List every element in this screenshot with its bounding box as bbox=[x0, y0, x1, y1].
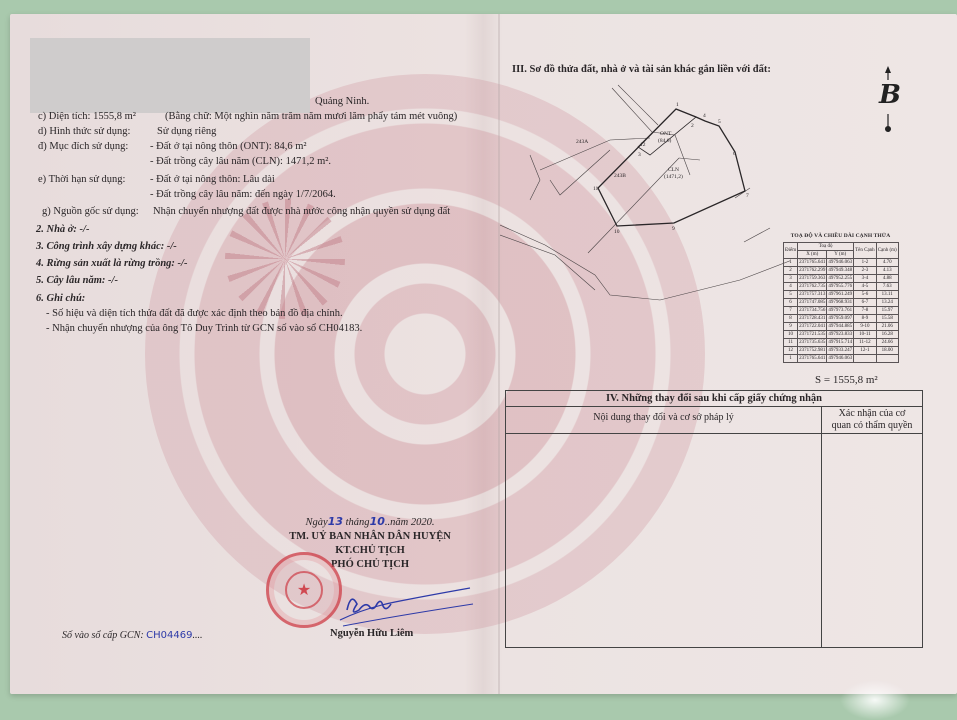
coord-cell-y: 497961.249 bbox=[827, 291, 854, 299]
svg-text:7: 7 bbox=[746, 193, 749, 199]
coord-cell-point: 2 bbox=[784, 267, 798, 275]
svg-text:(84,6): (84,6) bbox=[658, 137, 671, 144]
edge-cell-length: 4.13 bbox=[876, 267, 898, 275]
coord-cell-point: 10 bbox=[784, 331, 798, 339]
edge-cell-length: 16.28 bbox=[876, 331, 898, 339]
field-value: Nhận chuyển nhượng đất được nhà nước côn… bbox=[153, 204, 450, 219]
svg-text:3: 3 bbox=[638, 152, 641, 158]
svg-text:CLN: CLN bbox=[668, 167, 679, 173]
coord-cell-y: 497933.247 bbox=[827, 347, 854, 355]
coord-row: 112371735.635497915.71411-1224.66 bbox=[784, 339, 899, 347]
edge-cell-length: 13.24 bbox=[876, 299, 898, 307]
star-emblem-icon: ★ bbox=[285, 571, 323, 609]
edge-cell-name: 6-7 bbox=[854, 299, 877, 307]
coord-cell-point: 3 bbox=[784, 275, 798, 283]
edge-cell-length: 15.58 bbox=[876, 315, 898, 323]
section4-col-content: Nội dung thay đổi và cơ sở pháp lý bbox=[506, 407, 822, 433]
coord-cell-y: 497946.063 bbox=[827, 259, 854, 267]
field-label: g) Nguồn gốc sử dụng: bbox=[42, 204, 139, 219]
coord-cell-y: 497923.833 bbox=[827, 331, 854, 339]
field-purpose: đ) Mục đích sử dụng: - Đất ở tại nông th… bbox=[20, 139, 490, 154]
col2-line2: quan có thẩm quyền bbox=[822, 420, 922, 432]
coord-header-x: X (m) bbox=[798, 251, 827, 259]
coord-cell-point: 5 bbox=[784, 291, 798, 299]
field-value: (Bằng chữ: Một nghìn năm trăm năm mươi l… bbox=[165, 109, 457, 124]
gcn-entry: Số vào sổ cấp GCN: CH04469.... bbox=[62, 630, 203, 641]
coord-cell-point: 8 bbox=[784, 315, 798, 323]
svg-text:ONT: ONT bbox=[660, 131, 672, 137]
coord-row: 62371747.085497968.9316-713.24 bbox=[784, 299, 899, 307]
col2-line1: Xác nhận của cơ bbox=[822, 408, 922, 420]
edge-cell-name: 9-10 bbox=[854, 323, 877, 331]
note-item: - Nhận chuyển nhượng của ông Tô Duy Trìn… bbox=[20, 321, 490, 336]
coord-row: 72371734.756497973.7617-815.97 bbox=[784, 307, 899, 315]
field-origin: g) Nguồn gốc sử dụng: Nhận chuyển nhượng… bbox=[20, 204, 490, 219]
field-label: c) Diện tích: 1555,8 m² bbox=[38, 109, 136, 124]
section4-body bbox=[506, 434, 922, 647]
coord-cell-x: 2371735.635 bbox=[798, 339, 827, 347]
coord-cell-x: 2371721.535 bbox=[798, 331, 827, 339]
edge-cell-name bbox=[854, 355, 877, 363]
coord-row: 52371757.313497961.2495-613.11 bbox=[784, 291, 899, 299]
edge-cell-length: 13.11 bbox=[876, 291, 898, 299]
coord-header-point: Điểm bbox=[784, 243, 798, 259]
edge-cell-length: 4.70 bbox=[876, 259, 898, 267]
coord-cell-x: 2371765.641 bbox=[798, 355, 827, 363]
edge-cell-length: 4.88 bbox=[876, 275, 898, 283]
coord-row: 22371762.299497949.3482-34.13 bbox=[784, 267, 899, 275]
field-area: c) Diện tích: 1555,8 m² (Bằng chữ: Một n… bbox=[20, 109, 490, 124]
issue-year: năm 2020. bbox=[390, 517, 434, 528]
field-value: - Đất ở tại nông thôn: Lâu dài bbox=[150, 172, 275, 187]
coord-cell-x: 2371757.313 bbox=[798, 291, 827, 299]
coord-row: 122371752.981497933.24712-118.00 bbox=[784, 347, 899, 355]
issue-day: 13 bbox=[328, 515, 343, 528]
section-house: 2. Nhà ở: -/- bbox=[20, 222, 490, 237]
coord-cell-y: 497955.776 bbox=[827, 283, 854, 291]
section-forest: 4. Rừng sản xuất là rừng trồng: -/- bbox=[20, 256, 490, 271]
coord-header-length: Cạnh (m) bbox=[876, 243, 898, 259]
parcel-plot-diagram: 243A 243B ONT (84,6) CLN (1471,2) 124 56… bbox=[500, 80, 790, 305]
field-usage-form: d) Hình thức sử dụng: Sử dụng riêng bbox=[20, 124, 490, 139]
coord-table-body: 12371765.641497946.0631-24.7022371762.29… bbox=[784, 259, 899, 363]
coord-cell-point: 11 bbox=[784, 339, 798, 347]
section-perennial: 5. Cây lâu năm: -/- bbox=[20, 273, 490, 288]
edge-cell-length: 18.00 bbox=[876, 347, 898, 355]
coord-cell-point: 1 bbox=[784, 259, 798, 267]
section4-changes-table: IV. Những thay đổi sau khi cấp giấy chứn… bbox=[505, 390, 923, 648]
coord-cell-y: 497973.761 bbox=[827, 307, 854, 315]
field-term: e) Thời hạn sử dụng: - Đất ở tại nông th… bbox=[20, 172, 490, 187]
svg-text:1: 1 bbox=[676, 102, 679, 108]
field-value: - Đất trồng cây lâu năm: đến ngày 1/7/20… bbox=[150, 187, 336, 202]
edge-cell-name: 3-4 bbox=[854, 275, 877, 283]
edge-cell-name: 5-6 bbox=[854, 291, 877, 299]
coord-cell-y: 497944.885 bbox=[827, 323, 854, 331]
coord-cell-point: 7 bbox=[784, 307, 798, 315]
coord-cell-x: 2371752.981 bbox=[798, 347, 827, 355]
svg-text:5: 5 bbox=[718, 119, 721, 125]
svg-text:4: 4 bbox=[703, 113, 706, 119]
signature-scribble bbox=[335, 580, 475, 630]
field-value: Sử dụng riêng bbox=[157, 124, 216, 139]
section4-col-confirmation: Xác nhận của cơ quan có thẩm quyền bbox=[822, 407, 922, 433]
coord-row: 42371762.735497955.7764-57.63 bbox=[784, 283, 899, 291]
field-purpose-cont: - Đất trồng cây lâu năm (CLN): 1471,2 m²… bbox=[20, 154, 490, 169]
coord-row: 102371721.535497923.83310-1116.28 bbox=[784, 331, 899, 339]
edge-cell-name: 1-2 bbox=[854, 259, 877, 267]
north-arrow-icon: B bbox=[873, 66, 903, 136]
coord-table-title: TOẠ ĐỘ VÀ CHIỀU DÀI CẠNH THỬA bbox=[783, 233, 898, 239]
section4-title: IV. Những thay đổi sau khi cấp giấy chứn… bbox=[506, 391, 922, 407]
edge-cell-name: 7-8 bbox=[854, 307, 877, 315]
gcn-number: CH04469 bbox=[146, 630, 192, 641]
coord-cell-x: 2371734.756 bbox=[798, 307, 827, 315]
coord-cell-x: 2371722.041 bbox=[798, 323, 827, 331]
gcn-label: Số vào sổ cấp GCN: bbox=[62, 630, 144, 641]
coord-cell-point: 9 bbox=[784, 323, 798, 331]
province-line: Quảng Ninh. bbox=[20, 94, 490, 109]
coordinate-table: TOẠ ĐỘ VÀ CHIỀU DÀI CẠNH THỬA Điểm Toạ đ… bbox=[783, 233, 898, 363]
edge-cell-length bbox=[876, 355, 898, 363]
coord-cell-x: 2371747.085 bbox=[798, 299, 827, 307]
coord-row: 12371765.641497946.0631-24.70 bbox=[784, 259, 899, 267]
land-details: Quảng Ninh. c) Diện tích: 1555,8 m² (Bằn… bbox=[20, 94, 490, 336]
official-seal: ★ bbox=[266, 552, 342, 628]
field-value: - Đất trồng cây lâu năm (CLN): 1471,2 m²… bbox=[150, 154, 331, 169]
month-prefix: tháng bbox=[346, 517, 370, 528]
section4-content-cell bbox=[506, 434, 822, 647]
coord-cell-x: 2371762.299 bbox=[798, 267, 827, 275]
section4-header-row: Nội dung thay đổi và cơ sở pháp lý Xác n… bbox=[506, 407, 922, 434]
coord-cell-y: 497949.348 bbox=[827, 267, 854, 275]
svg-text:2: 2 bbox=[691, 123, 694, 129]
coord-cell-point: 4 bbox=[784, 283, 798, 291]
coord-cell-point: 1 bbox=[784, 355, 798, 363]
edge-cell-length: 7.63 bbox=[876, 283, 898, 291]
coord-cell-y: 497946.063 bbox=[827, 355, 854, 363]
parcel-label-243a: 243A bbox=[576, 139, 588, 145]
coord-row: 92371722.041497944.8859-1021.06 bbox=[784, 323, 899, 331]
edge-cell-length: 15.97 bbox=[876, 307, 898, 315]
edge-cell-name: 4-5 bbox=[854, 283, 877, 291]
svg-text:11: 11 bbox=[593, 186, 599, 192]
signer-name: Nguyễn Hữu Liêm bbox=[330, 628, 413, 639]
svg-text:(1471,2): (1471,2) bbox=[664, 173, 683, 180]
field-label: đ) Mục đích sử dụng: bbox=[38, 139, 128, 154]
svg-text:9: 9 bbox=[672, 226, 675, 232]
field-value: - Đất ở tại nông thôn (ONT): 84,6 m² bbox=[150, 139, 307, 154]
coord-cell-y: 497959.097 bbox=[827, 315, 854, 323]
edge-cell-name: 10-11 bbox=[854, 331, 877, 339]
coord-cell-y: 497952.255 bbox=[827, 275, 854, 283]
field-label: d) Hình thức sử dụng: bbox=[38, 124, 130, 139]
section4-confirmation-cell bbox=[822, 434, 922, 647]
parcel-label-243b: 243B bbox=[614, 173, 626, 179]
coord-cell-x: 2371728.431 bbox=[798, 315, 827, 323]
edge-cell-name: 8-9 bbox=[854, 315, 877, 323]
coord-cell-point: 12 bbox=[784, 347, 798, 355]
coord-cell-x: 2371765.641 bbox=[798, 259, 827, 267]
light-glare bbox=[840, 680, 910, 720]
coord-header-coords: Toạ độ bbox=[798, 243, 854, 251]
svg-text:12: 12 bbox=[640, 142, 646, 148]
edge-cell-name: 2-3 bbox=[854, 267, 877, 275]
issue-date: Ngày13 tháng10..năm 2020. bbox=[270, 515, 470, 530]
coord-header-y: Y (m) bbox=[827, 251, 854, 259]
edge-cell-length: 21.06 bbox=[876, 323, 898, 331]
coord-cell-x: 2371762.735 bbox=[798, 283, 827, 291]
coord-cell-y: 497968.931 bbox=[827, 299, 854, 307]
coord-cell-y: 497915.714 bbox=[827, 339, 854, 347]
field-label: e) Thời hạn sử dụng: bbox=[38, 172, 125, 187]
coord-cell-point: 6 bbox=[784, 299, 798, 307]
section-notes: 6. Ghi chú: bbox=[20, 291, 490, 306]
svg-text:10: 10 bbox=[614, 229, 620, 235]
coord-row: 82371728.431497959.0978-915.58 bbox=[784, 315, 899, 323]
note-item: - Số hiệu và diện tích thửa đất đã được … bbox=[20, 306, 490, 321]
date-prefix: Ngày bbox=[306, 517, 328, 528]
province-fragment: Quảng Ninh. bbox=[315, 94, 369, 109]
coord-cell-x: 2371759.363 bbox=[798, 275, 827, 283]
authority-line: TM. UỶ BAN NHÂN DÂN HUYỆN bbox=[270, 530, 470, 544]
issue-month: 10 bbox=[370, 515, 385, 528]
svg-text:6: 6 bbox=[733, 151, 736, 157]
section-other-works: 3. Công trình xây dựng khác: -/- bbox=[20, 239, 490, 254]
coord-header-edge: Tên Cạnh bbox=[854, 243, 877, 259]
edge-cell-name: 12-1 bbox=[854, 347, 877, 355]
coord-row: 32371759.363497952.2553-44.88 bbox=[784, 275, 899, 283]
coord-row: 12371765.641497946.063 bbox=[784, 355, 899, 363]
total-area: S = 1555,8 m² bbox=[815, 374, 878, 386]
section3-title: III. Sơ đồ thửa đất, nhà ở và tài sản kh… bbox=[512, 64, 771, 75]
edge-cell-name: 11-12 bbox=[854, 339, 877, 347]
field-term-cont: - Đất trồng cây lâu năm: đến ngày 1/7/20… bbox=[20, 187, 490, 202]
north-letter: B bbox=[879, 80, 901, 110]
edge-cell-length: 24.66 bbox=[876, 339, 898, 347]
